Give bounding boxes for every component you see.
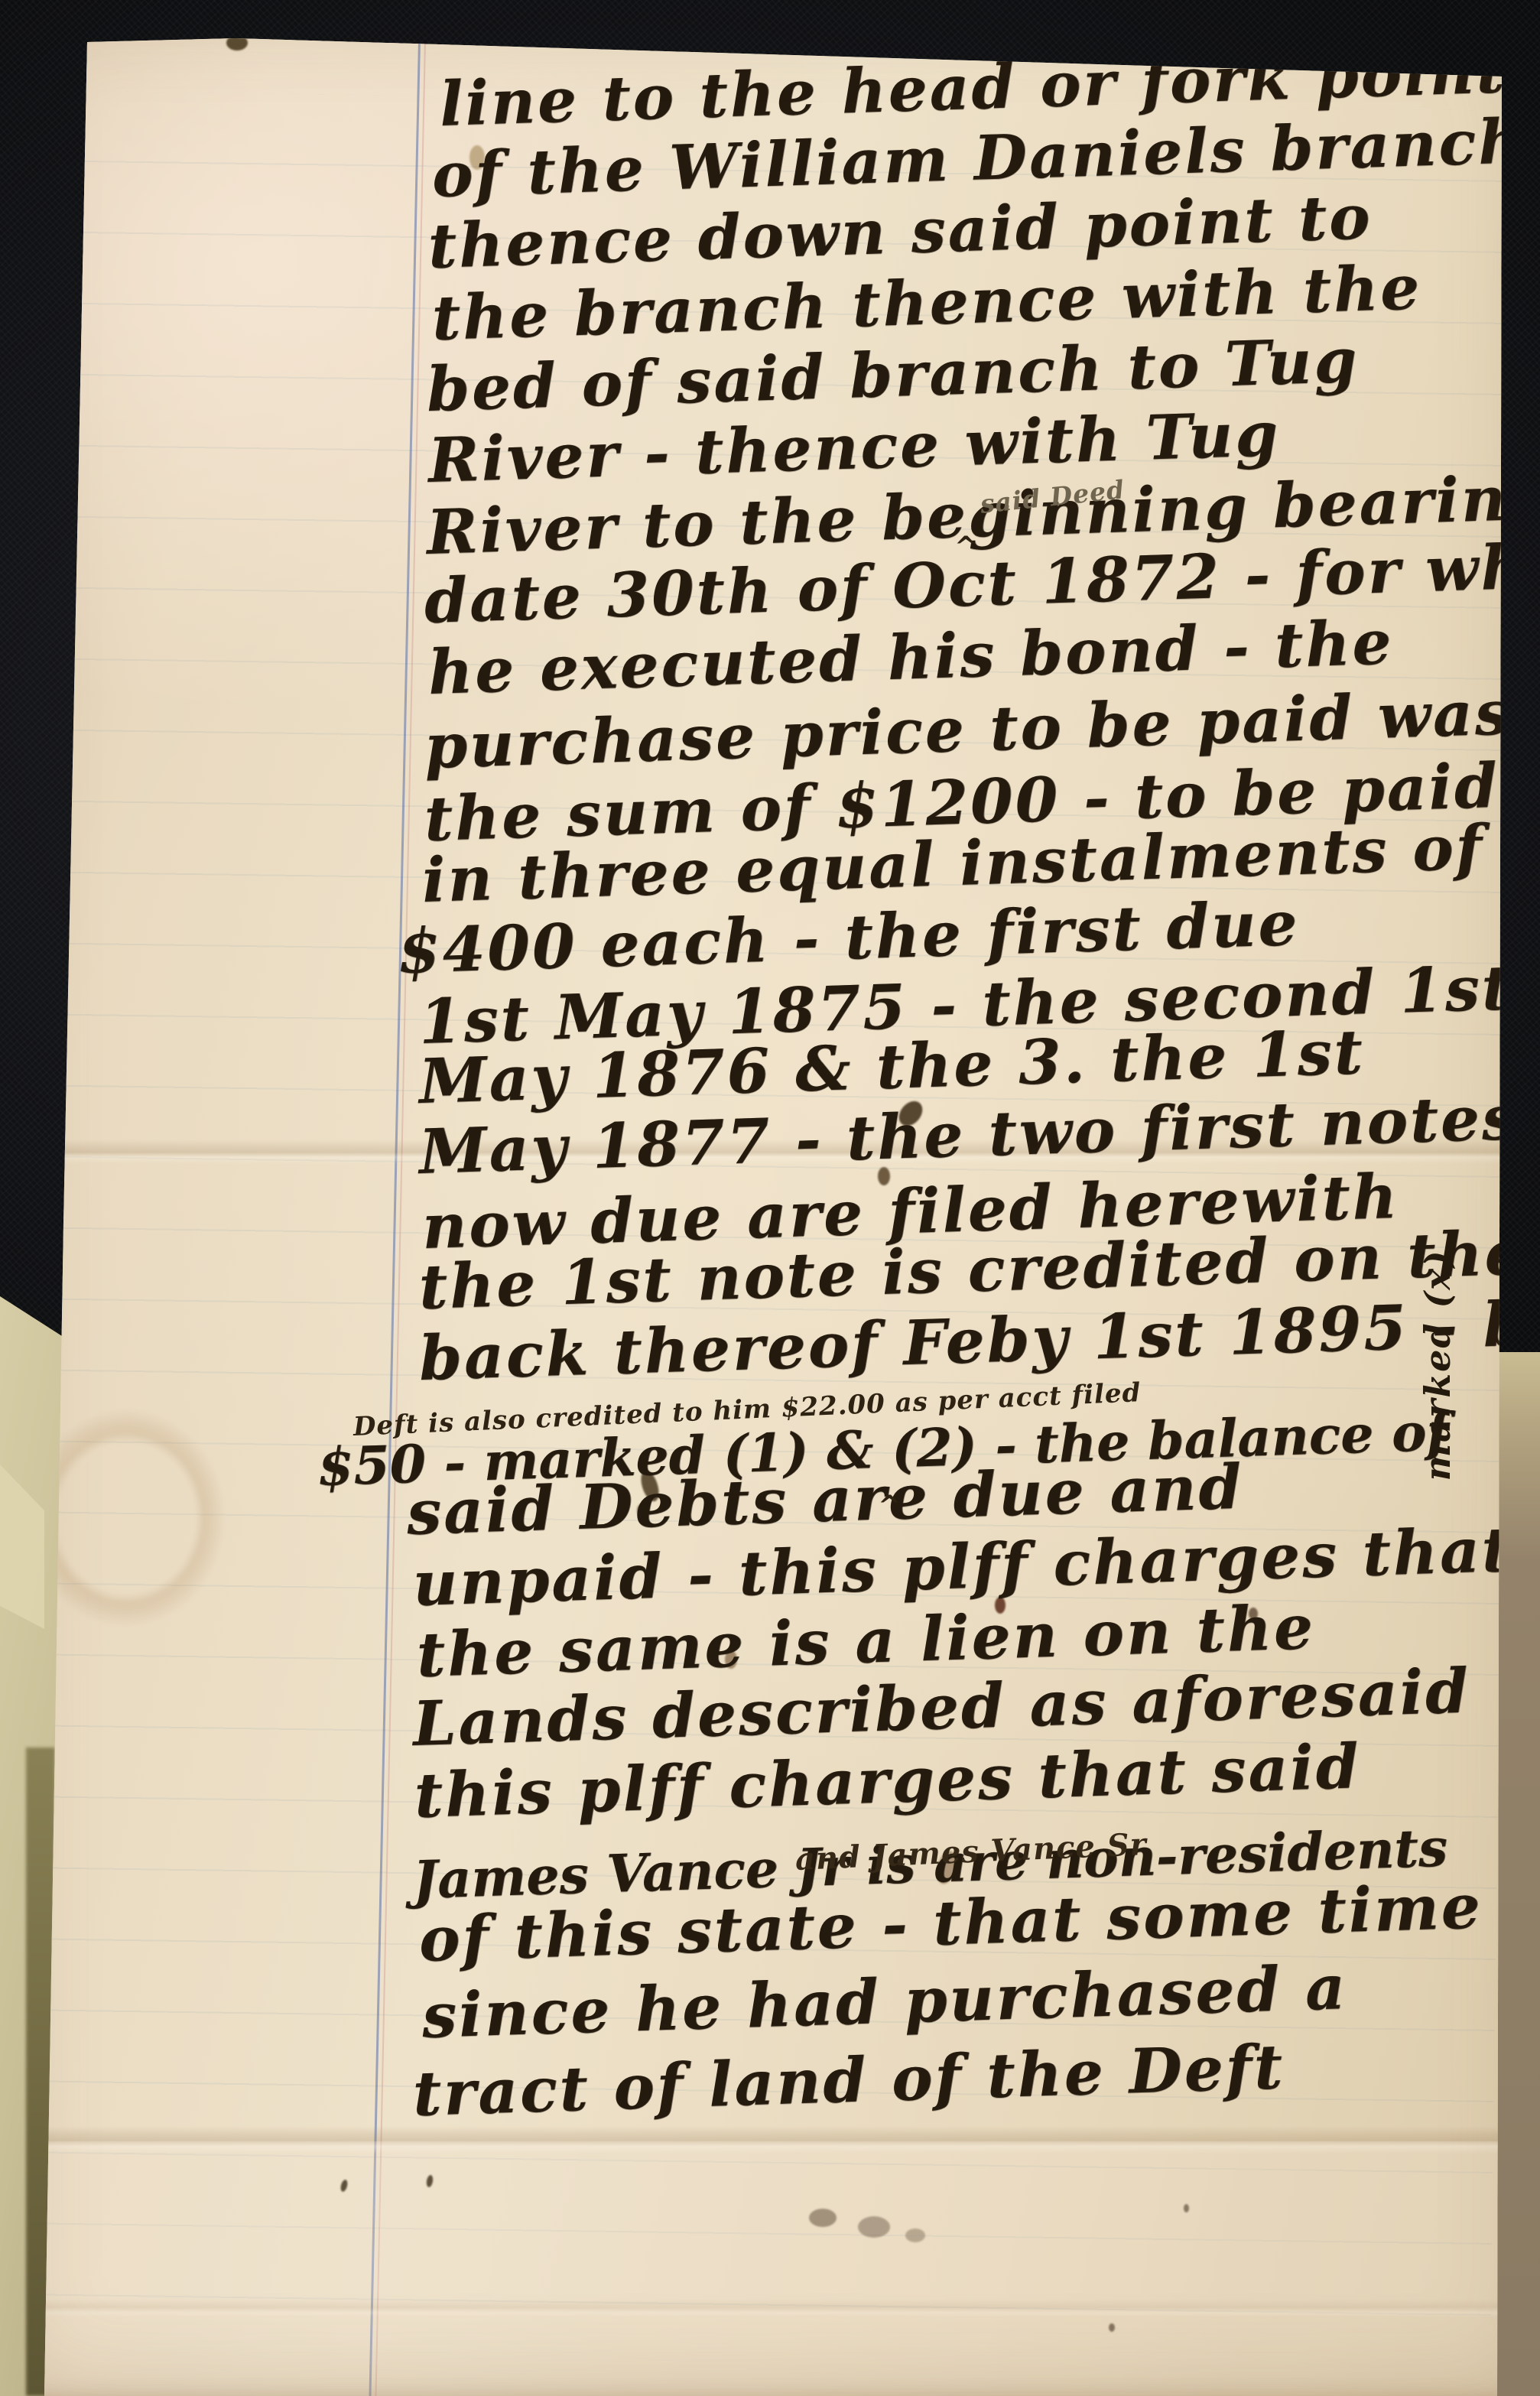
document-page: line to the head or fork point of the Wi… [0,0,1540,2396]
paper-edge-shading [0,0,1540,2396]
photo-of-handwritten-document: line to the head or fork point of the Wi… [0,0,1540,2396]
